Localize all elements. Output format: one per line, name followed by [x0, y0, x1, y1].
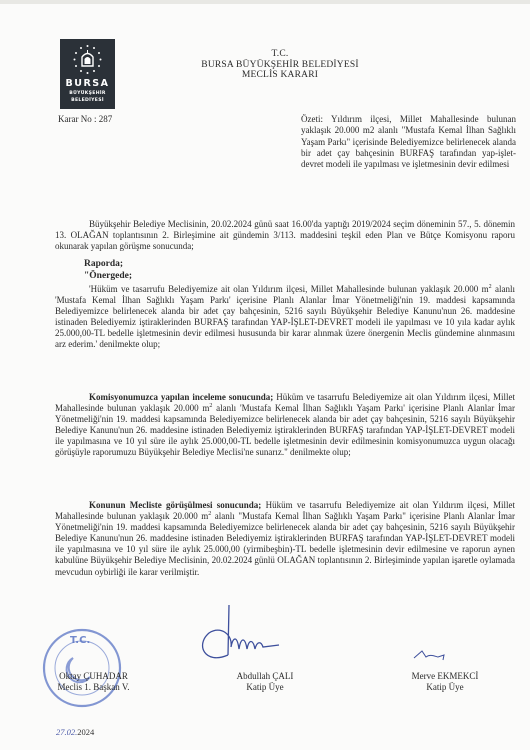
- council-label: Konunun Mecliste görüşülmesi sonucunda;: [89, 500, 261, 510]
- signer-name: Oktay ÇUHADAR: [36, 671, 151, 682]
- summary: Özeti: Yıldırım ilçesi, Millet Mahallesi…: [301, 114, 516, 170]
- onergede-label: "Önergede;: [84, 271, 132, 283]
- date-handwritten-part: 27.02.: [56, 727, 77, 737]
- signer-name: Abdullah ÇALI: [215, 671, 315, 682]
- header-doc-type: MECLİS KARARI: [150, 70, 410, 81]
- raporda-label: Raporda;: [84, 259, 123, 271]
- decision-number: Karar No : 287: [58, 114, 112, 124]
- date-printed-part: 2024: [77, 727, 94, 737]
- page-top-edge: [0, 0, 530, 4]
- official-stamp-icon: T.C.: [40, 625, 125, 710]
- mosque-emblem-icon: [72, 44, 103, 75]
- motion-text-1: 'Hüküm ve tasarrufu Belediyemize ait ola…: [89, 284, 489, 294]
- signature-block-chair: Oktay ÇUHADAR Meclis 1. Başkan V.: [36, 671, 151, 693]
- svg-text:T.C.: T.C.: [70, 635, 90, 646]
- logo-bursa-text: BURSA: [60, 78, 115, 89]
- commission-paragraph: Komisyonumuzca yapılan inceleme sonucund…: [55, 392, 515, 459]
- signer-title: Meclis 1. Başkan V.: [36, 682, 151, 693]
- header-tc: T.C.: [150, 49, 410, 60]
- header-institution: BURSA BÜYÜKŞEHİR BELEDİYESİ: [150, 60, 410, 71]
- signature-merve-ekmekci: [410, 648, 450, 663]
- logo-line1: BÜYÜKŞEHİR: [60, 91, 115, 96]
- signer-name: Merve EKMEKCİ: [395, 671, 495, 682]
- signature-abdullah-cali: [195, 605, 295, 670]
- motion-paragraph: 'Hüküm ve tasarrufu Belediyemize ait ola…: [55, 284, 515, 351]
- signature-block-clerk-2: Merve EKMEKCİ Katip Üye: [395, 671, 495, 693]
- document-header: T.C. BURSA BÜYÜKŞEHİR BELEDİYESİ MECLİS …: [150, 49, 410, 81]
- intro-paragraph: Büyükşehir Belediye Meclisinin, 20.02.20…: [55, 219, 515, 252]
- commission-label: Komisyonumuzca yapılan inceleme sonucund…: [89, 392, 273, 402]
- bursa-logo: BURSA BÜYÜKŞEHİR BELEDİYESİ: [60, 39, 115, 109]
- signer-title: Katip Üye: [215, 682, 315, 693]
- signature-block-clerk-1: Abdullah ÇALI Katip Üye: [215, 671, 315, 693]
- signer-title: Katip Üye: [395, 682, 495, 693]
- handwritten-date: 27.02.2024: [56, 727, 94, 737]
- logo-line2: BELEDİYESİ: [60, 98, 115, 103]
- council-paragraph: Konunun Mecliste görüşülmesi sonucunda; …: [55, 500, 515, 578]
